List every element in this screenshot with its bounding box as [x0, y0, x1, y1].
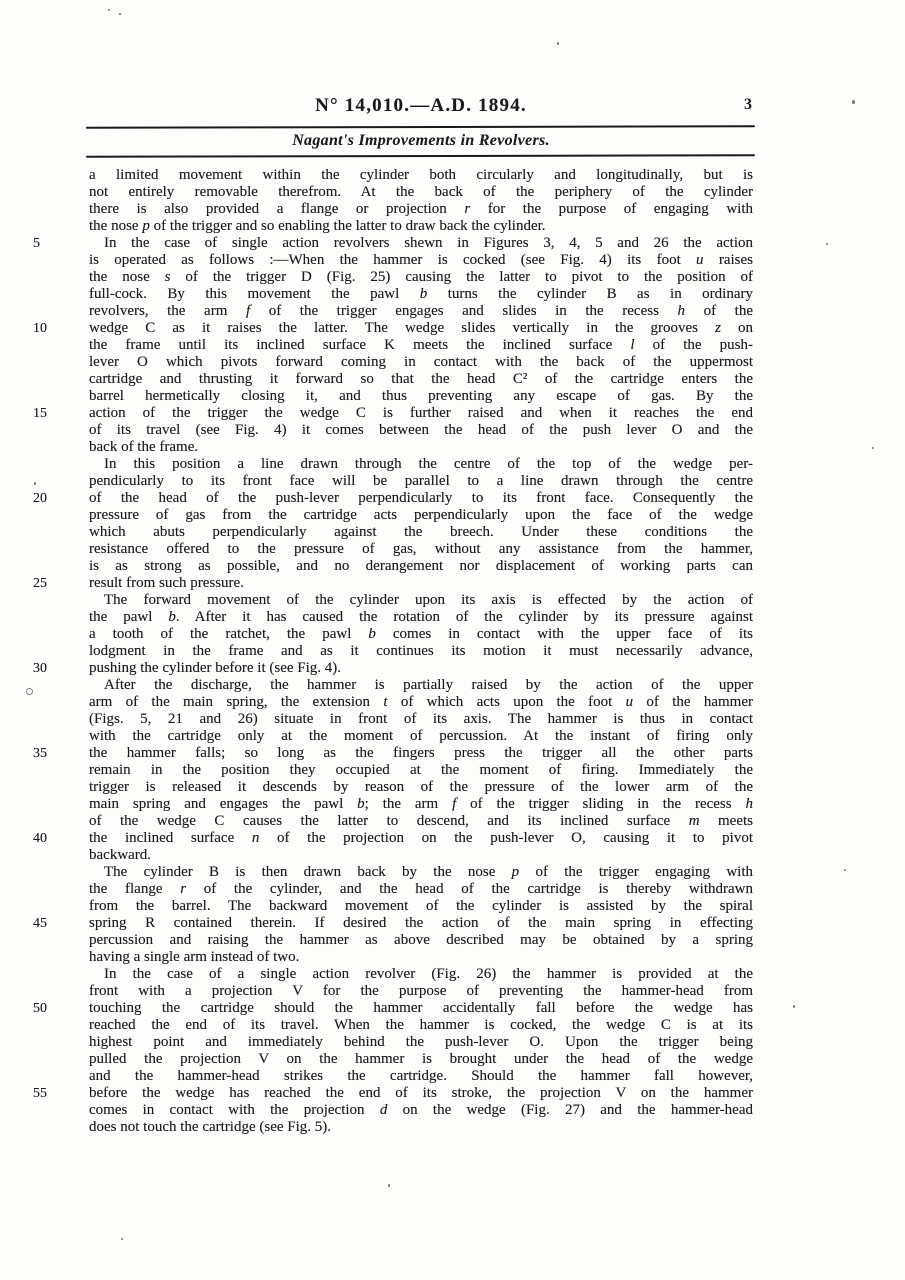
text-line: result from such pressure.25 [89, 575, 753, 592]
text-line: spring R contained therein. If desired t… [89, 915, 753, 932]
text-line: from the barrel. The backward movement o… [89, 898, 753, 915]
text-line: arm of the main spring, the extension t … [89, 694, 753, 711]
scan-speck [108, 9, 110, 11]
text-line: trigger is released it descends by reaso… [89, 779, 753, 796]
line-number: 25 [33, 575, 77, 592]
scan-speck [26, 688, 33, 695]
text-line: wedge C as it raises the latter. The wed… [89, 320, 753, 337]
running-title: Nagant's Improvements in Revolvers. [89, 132, 753, 150]
text-line: having a single arm instead of two. [89, 949, 753, 966]
text-line: reached the end of its travel. When the … [89, 1017, 753, 1034]
line-number: 45 [33, 915, 77, 932]
text-line: remain in the position they occupied at … [89, 762, 753, 779]
text-line: of the head of the push-lever perpendicu… [89, 490, 753, 507]
text-line: is operated as follows :—When the hammer… [89, 252, 753, 269]
text-line: the nose p of the trigger and so enablin… [89, 218, 753, 235]
document-body: a limited movement within the cylinder b… [89, 167, 753, 1136]
text-line: before the wedge has reached the end of … [89, 1085, 753, 1102]
text-line: touching the cartridge should the hammer… [89, 1000, 753, 1017]
text-line: a tooth of the ratchet, the pawl b comes… [89, 626, 753, 643]
scan-speck [557, 42, 559, 45]
line-number: 40 [33, 830, 77, 847]
text-line: action of the trigger the wedge C is fur… [89, 405, 753, 422]
horizontal-rule-bottom [86, 154, 755, 157]
scan-speck [121, 1238, 123, 1240]
patent-page: N° 14,010.—A.D. 1894. 3 Nagant's Improve… [0, 0, 905, 1280]
text-line: resistance offered to the pressure of ga… [89, 541, 753, 558]
line-number: 15 [33, 405, 77, 422]
text-line: of its travel (see Fig. 4) it comes betw… [89, 422, 753, 439]
text-line: highest point and immediately behind the… [89, 1034, 753, 1051]
line-number: 5 [33, 235, 77, 252]
line-number: 20 [33, 490, 77, 507]
text-line: back of the frame. [89, 439, 753, 456]
text-line: the pawl b. After it has caused the rota… [89, 609, 753, 626]
scan-speck [844, 869, 846, 871]
text-line: with the cartridge only at the moment of… [89, 728, 753, 745]
scan-speck [34, 482, 36, 485]
text-line: there is also provided a flange or proje… [89, 201, 753, 218]
text-line: After the discharge, the hammer is parti… [89, 677, 753, 694]
scan-speck [826, 243, 828, 245]
text-line: comes in contact with the projection d o… [89, 1102, 753, 1119]
text-line: pushing the cylinder before it (see Fig.… [89, 660, 753, 677]
text-line: lodgment in the frame and as it continue… [89, 643, 753, 660]
text-line: the inclined surface n of the projection… [89, 830, 753, 847]
text-line: revolvers, the arm f of the trigger enga… [89, 303, 753, 320]
scan-speck [872, 447, 874, 449]
line-number: 30 [33, 660, 77, 677]
text-line: The cylinder B is then drawn back by the… [89, 864, 753, 881]
text-line: which abuts perpendicularly against the … [89, 524, 753, 541]
text-line: barrel hermetically closing it, and thus… [89, 388, 753, 405]
line-number: 35 [33, 745, 77, 762]
horizontal-rule-top [86, 125, 755, 128]
text-line: The forward movement of the cylinder upo… [89, 592, 753, 609]
text-line: of the wedge C causes the latter to desc… [89, 813, 753, 830]
text-line: does not touch the cartridge (see Fig. 5… [89, 1119, 753, 1136]
scan-speck [852, 100, 855, 104]
text-line: In the case of single action revolvers s… [89, 235, 753, 252]
document-number: N° 14,010.—A.D. 1894. [89, 95, 753, 117]
line-number: 55 [33, 1085, 77, 1102]
text-line: the nose s of the trigger D (Fig. 25) ca… [89, 269, 753, 286]
text-line: not entirely removable therefrom. At the… [89, 184, 753, 201]
text-line: backward. [89, 847, 753, 864]
text-line: the flange r of the cylinder, and the he… [89, 881, 753, 898]
page-number: 3 [733, 96, 763, 114]
text-line: (Figs. 5, 21 and 26) situate in front of… [89, 711, 753, 728]
text-line: lever O which pivots forward coming in c… [89, 354, 753, 371]
line-number: 10 [33, 320, 77, 337]
text-line: is as strong as possible, and no derange… [89, 558, 753, 575]
line-number: 50 [33, 1000, 77, 1017]
text-line: percussion and raising the hammer as abo… [89, 932, 753, 949]
scan-speck [119, 13, 121, 15]
text-line: pressure of gas from the cartridge acts … [89, 507, 753, 524]
text-line: and the hammer-head strikes the cartridg… [89, 1068, 753, 1085]
text-line: full-cock. By this movement the pawl b t… [89, 286, 753, 303]
text-line: In the case of a single action revolver … [89, 966, 753, 983]
text-line: pendicularly to its front face will be p… [89, 473, 753, 490]
text-line: main spring and engages the pawl b; the … [89, 796, 753, 813]
text-line: pulled the projection V on the hammer is… [89, 1051, 753, 1068]
scan-speck [388, 1184, 390, 1187]
text-line: a limited movement within the cylinder b… [89, 167, 753, 184]
scan-speck [793, 1005, 795, 1008]
text-line: the frame until its inclined surface K m… [89, 337, 753, 354]
text-line: cartridge and thrusting it forward so th… [89, 371, 753, 388]
text-line: In this position a line drawn through th… [89, 456, 753, 473]
text-line: the hammer falls; so long as the fingers… [89, 745, 753, 762]
text-line: front with a projection V for the purpos… [89, 983, 753, 1000]
